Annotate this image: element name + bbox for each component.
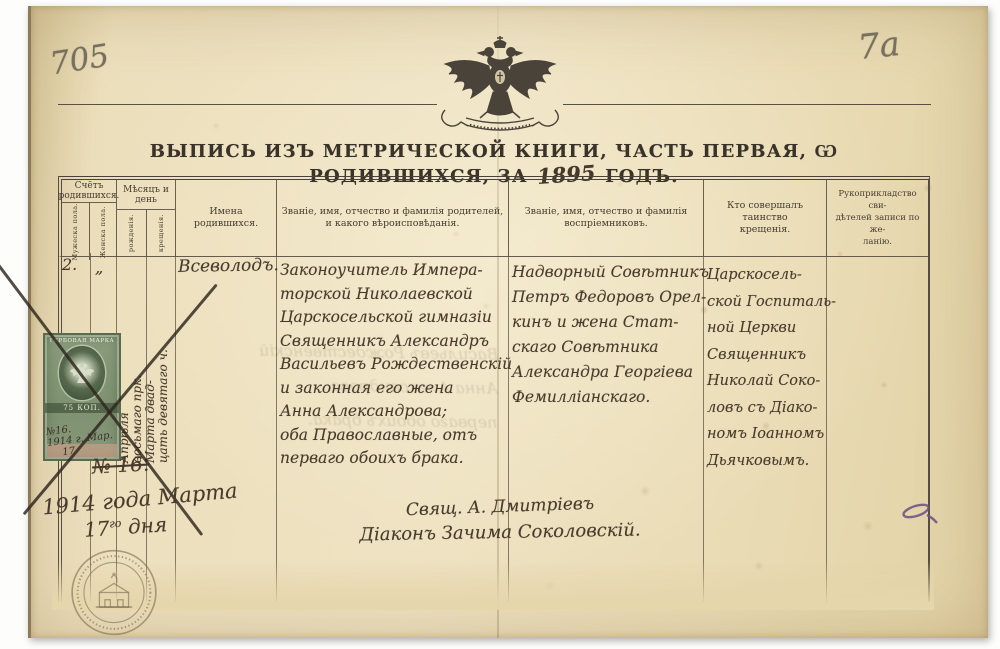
header-names: Имена родившихся. — [176, 180, 277, 256]
entry-priest: Царскосель- ской Госпиталь- ной Церкви С… — [707, 262, 825, 474]
pencil-number-top-right: 7а — [856, 24, 902, 68]
header-priest: Кто совершалъ таинство крещенія. — [704, 180, 827, 256]
header-godparents: Званіе, имя, отчество и фамилія воспріем… — [509, 180, 704, 256]
header-month-group: Мѣсяцъ и день рожденія. крещенія. — [117, 180, 176, 256]
seal-church-icon — [96, 572, 132, 607]
entry-parents: Законоучитель Импера- торской Николаевск… — [280, 259, 502, 471]
header-count-male: Мужеска пола. — [62, 203, 90, 260]
header-rule-right — [563, 104, 931, 105]
body-column-witnesses — [827, 253, 928, 602]
entry-ditto-mark: „ — [95, 258, 103, 277]
header-count-group: Счётъ родившихся. Мужеска пола. Женска п… — [62, 180, 117, 256]
header-rule-left — [58, 104, 437, 105]
imperial-eagle-emblem — [437, 36, 563, 142]
header-count-label: Счётъ родившихся. — [62, 180, 116, 203]
entry-count-male: 2. — [62, 255, 77, 274]
table-header: Счётъ родившихся. Мужеска пола. Женска п… — [58, 176, 930, 257]
purple-ink-mark — [898, 498, 944, 536]
table-bottom-fade — [52, 560, 934, 610]
header-parents: Званіе, имя, отчество и фамилія родителе… — [277, 180, 509, 256]
record-number: № 16. — [91, 452, 149, 479]
header-count-female: Женска пола. — [90, 203, 117, 260]
entry-godparents: Надворный Совѣтникъ Петръ Федоровъ Орел-… — [512, 260, 702, 410]
header-month-label: Мѣсяцъ и день — [117, 180, 175, 210]
church-seal — [64, 547, 164, 642]
header-witnesses: Рукоприкладство сви- дѣтелей записи по ж… — [827, 180, 928, 256]
fox-spots — [0, 0, 4, 4]
entry-name: Всеволодъ. — [178, 255, 279, 277]
body-column-names — [176, 253, 277, 602]
